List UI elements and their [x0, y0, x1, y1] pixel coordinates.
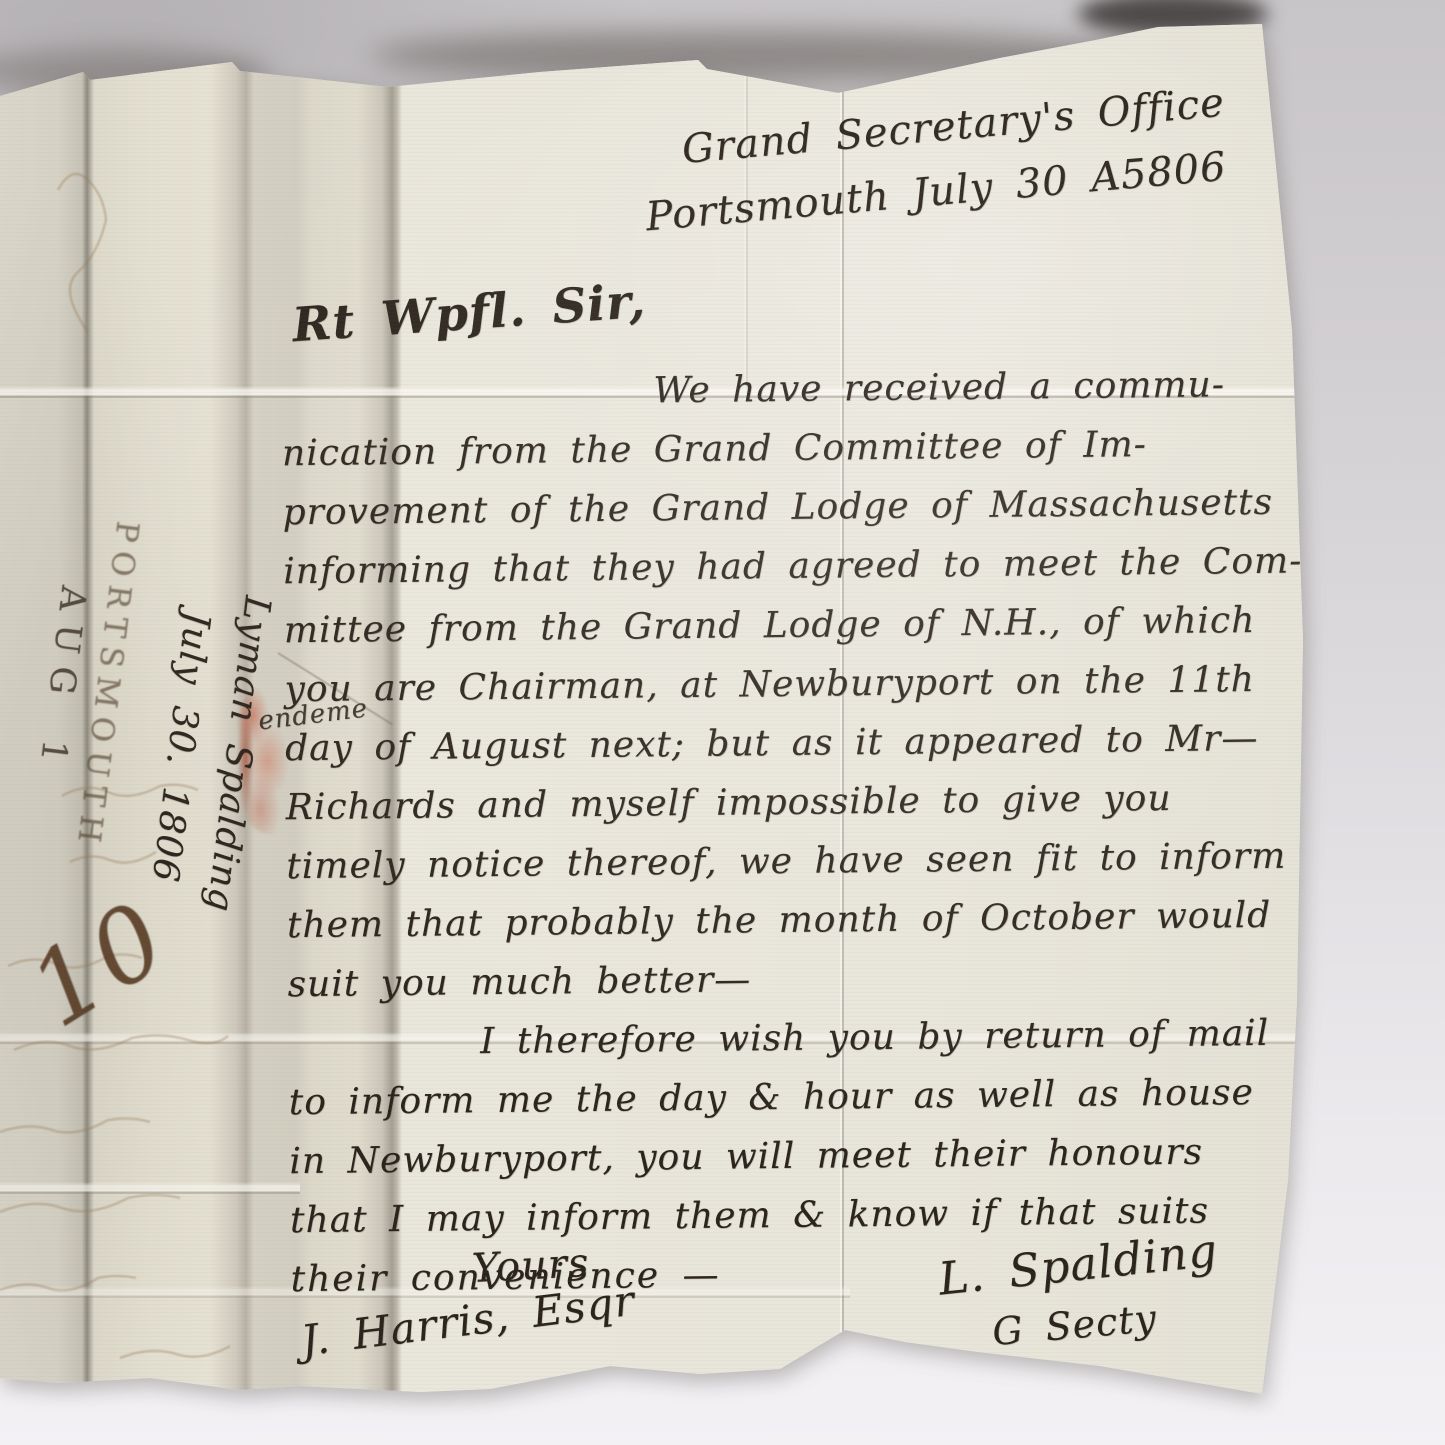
letter-body-line: timely notice thereof, we have seen fit …: [286, 827, 1282, 896]
letter-body-line: informing that they had agreed to meet t…: [283, 532, 1279, 601]
letter-body-line: to inform me the day & hour as well as h…: [288, 1063, 1284, 1132]
letter-body: We have received a commu-nication from t…: [281, 355, 1286, 1309]
photo-of-folded-letter: PORTSMOUTH AUG 1 10 Lyman Spalding July …: [0, 0, 1445, 1445]
letter-body-line: suit you much better—: [287, 945, 1283, 1014]
letter-body-line: them that probably the month of October …: [287, 886, 1283, 955]
letter-sheet: PORTSMOUTH AUG 1 10 Lyman Spalding July …: [0, 0, 1445, 1445]
letter-body-line: in Newburyport, you will meet their hono…: [289, 1122, 1285, 1191]
letter-body-line: mittee from the Grand Lodge of N.H., of …: [284, 591, 1280, 660]
letter-body-line: day of August next; but as it appeared t…: [285, 709, 1281, 778]
letter-body-line: Richards and myself impossible to give y…: [285, 768, 1281, 837]
letter-sheet-wrap: PORTSMOUTH AUG 1 10 Lyman Spalding July …: [0, 0, 1445, 1445]
letter-body-line: you are Chairman, at Newburyport on the …: [284, 650, 1280, 719]
letter-body-line: provement of the Grand Lodge of Massachu…: [282, 473, 1278, 542]
letter-body-line: We have received a commu-: [653, 355, 1277, 421]
letter-body-line: nication from the Grand Committee of Im-: [282, 414, 1278, 483]
letter-body-line: I therefore wish you by return of mail: [480, 1004, 1284, 1071]
